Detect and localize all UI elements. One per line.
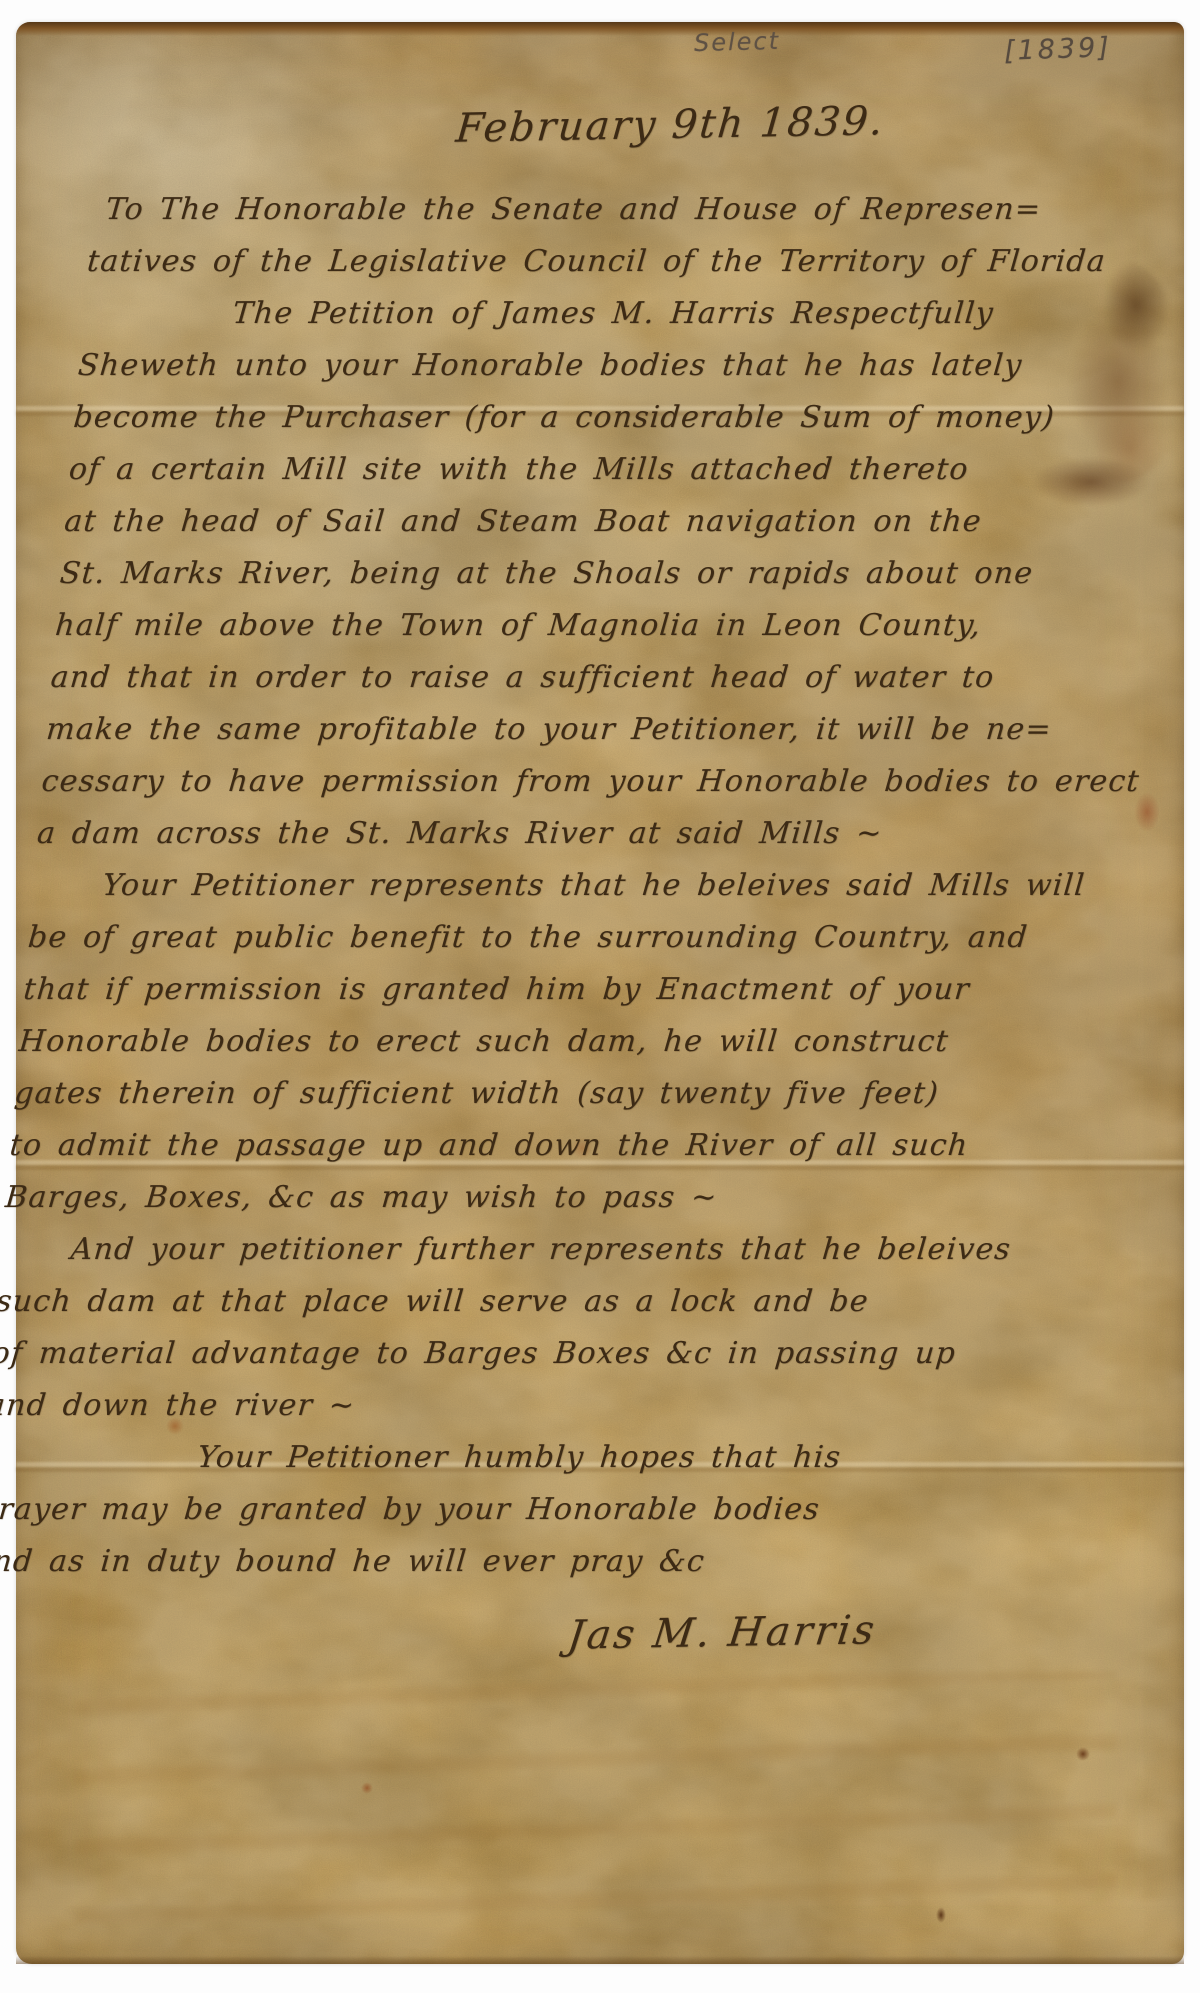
manuscript-line: a dam across the St. Marks River at said… <box>35 808 1102 860</box>
manuscript-line: The Petition of James M. Harris Respectf… <box>230 288 1147 340</box>
scanned-document-page: Select [1839] February 9th 1839. To The … <box>0 0 1200 1993</box>
bleed-through-text-ghost <box>76 1672 1116 1932</box>
manuscript-line: of material advantage to Barges Boxes &c… <box>0 1328 1056 1380</box>
petition-paper-sheet: Select [1839] February 9th 1839. To The … <box>16 22 1184 1964</box>
manuscript-line: be of great public benefit to the surrou… <box>26 912 1093 964</box>
manuscript-line: that if permission is granted him by Ena… <box>21 964 1088 1016</box>
manuscript-line: tatives of the Legislative Council of th… <box>85 236 1152 288</box>
manuscript-line: Honorable bodies to erect such dam, he w… <box>17 1016 1084 1068</box>
manuscript-line: of a certain Mill site with the Mills at… <box>67 444 1134 496</box>
archival-note-select: Select <box>694 27 781 57</box>
manuscript-line: and that in order to raise a sufficient … <box>49 652 1116 704</box>
manuscript-line: at the head of Sail and Steam Boat navig… <box>62 496 1129 548</box>
signature-jas-m-harris: Jas M. Harris <box>565 1607 879 1658</box>
manuscript-line: half mile above the Town of Magnolia in … <box>53 600 1120 652</box>
manuscript-line: gates therein of sufficient width (say t… <box>12 1068 1079 1120</box>
manuscript-line: such dam at that place will serve as a l… <box>0 1276 1060 1328</box>
manuscript-line: To The Honorable the Senate and House of… <box>103 184 1156 236</box>
foxing-spot <box>361 1782 373 1794</box>
paper-dark-top-edge <box>16 22 1184 36</box>
archival-note-year: [1839] <box>1003 32 1112 67</box>
manuscript-line: cessary to have permission from your Hon… <box>39 756 1106 808</box>
manuscript-line: Your Petitioner humbly hopes that his <box>195 1432 1047 1484</box>
paper-dark-bottom-edge <box>16 1956 1184 1964</box>
manuscript-line: prayer may be granted by your Honorable … <box>0 1484 1042 1536</box>
date-line: February 9th 1839. <box>454 98 886 152</box>
manuscript-line: make the same profitable to your Petitio… <box>44 704 1111 756</box>
manuscript-line: to admit the passage up and down the Riv… <box>8 1120 1075 1172</box>
manuscript-line: and down the river ~ <box>0 1380 1051 1432</box>
ink-spot <box>1076 1747 1090 1761</box>
manuscript-line: and as in duty bound he will ever pray &… <box>0 1536 1038 1588</box>
manuscript-line: And your petitioner further represents t… <box>68 1224 1065 1276</box>
manuscript-line: St. Marks River, being at the Shoals or … <box>58 548 1125 600</box>
manuscript-line: Sheweth unto your Honorable bodies that … <box>76 340 1143 392</box>
ink-spot <box>936 1907 946 1923</box>
petition-body: To The Honorable the Senate and House of… <box>0 184 1156 1588</box>
manuscript-line: become the Purchaser (for a considerable… <box>71 392 1138 444</box>
manuscript-line: Your Petitioner represents that he belei… <box>100 860 1097 912</box>
manuscript-line: Barges, Boxes, &c as may wish to pass ~ <box>3 1172 1070 1224</box>
